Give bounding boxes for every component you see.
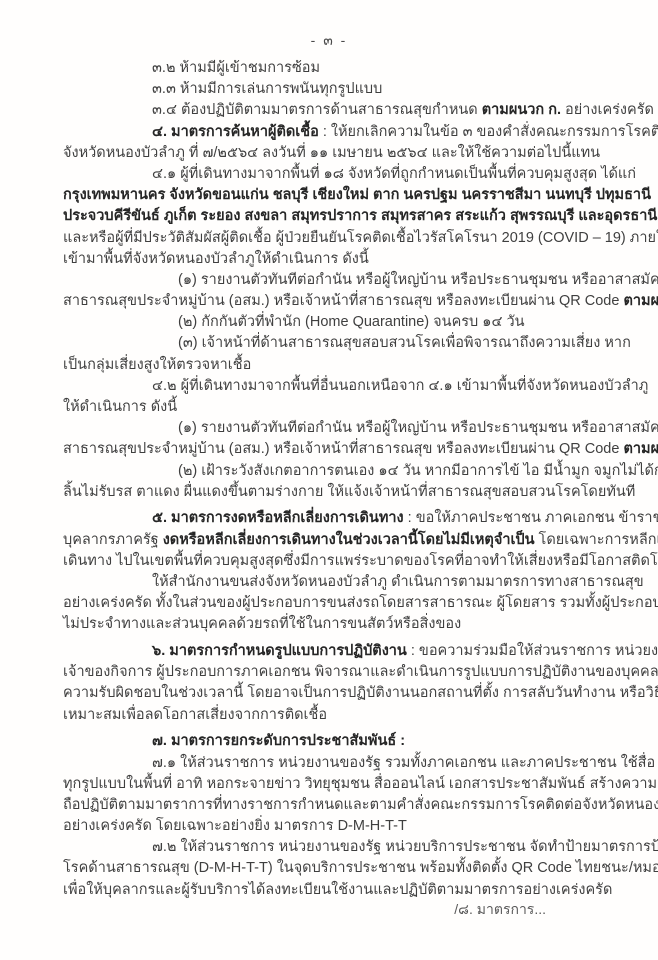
bold-text-segment: ๖. มาตรการกำหนดรูปแบบการปฏิบัติงาน bbox=[152, 643, 407, 659]
text-segment: (๓) เจ้าหน้าที่ด้านสาธารณสุขสอบสวนโรคเพื… bbox=[178, 335, 631, 351]
body-line: เพื่อให้บุคลากรและผู้รับบริการได้ลงทะเบี… bbox=[63, 880, 622, 901]
body-line: และหรือผู้ที่มีประวัติสัมผัสผู้ติดเชื้อ … bbox=[63, 228, 622, 249]
body-line: จังหวัดหนองบัวลำภู ที่ ๗/๒๕๖๔ ลงวันที่ ๑… bbox=[63, 143, 622, 164]
body-line: ประจวบคีรีขันธ์ ภูเก็ต ระยอง สงขลา สมุทร… bbox=[63, 206, 622, 227]
text-segment: ๗.๑ ให้ส่วนราชการ หน่วยงานของรัฐ รวมทั้ง… bbox=[152, 755, 655, 771]
body-line: (๓) เจ้าหน้าที่ด้านสาธารณสุขสอบสวนโรคเพื… bbox=[63, 333, 622, 354]
body-line: ๖. มาตรการกำหนดรูปแบบการปฏิบัติงาน : ขอค… bbox=[63, 641, 622, 662]
text-segment: (๒) กักกันตัวที่พำนัก (Home Quarantine) … bbox=[178, 314, 525, 330]
document-page: - ๓ - ๓.๒ ห้ามมีผู้เข้าชมการซ้อม๓.๓ ห้าม… bbox=[0, 0, 658, 960]
body-line: อย่างเคร่งครัด โดยเฉพาะอย่างยิ่ง มาตรการ… bbox=[63, 816, 622, 837]
document-body: ๓.๒ ห้ามมีผู้เข้าชมการซ้อม๓.๓ ห้ามมีการเ… bbox=[0, 58, 658, 901]
body-line: ให้ดำเนินการ ดังนี้ bbox=[63, 397, 622, 418]
body-line: (๒) เฝ้าระวังสังเกตอาการตนเอง ๑๔ วัน หาก… bbox=[63, 461, 622, 482]
body-line: อย่างเคร่งครัด ทั้งในส่วนของผู้ประกอบการ… bbox=[63, 593, 622, 614]
text-segment: ๓.๒ ห้ามมีผู้เข้าชมการซ้อม bbox=[152, 60, 320, 76]
text-segment: บุคลากรภาครัฐ bbox=[63, 532, 163, 548]
text-segment: (๑) รายงานตัวทันทีต่อกำนัน หรือผู้ใหญ่บ้… bbox=[178, 272, 658, 288]
text-segment: เหมาะสมเพื่อลดโอกาสเสี่ยงจากการติดเชื้อ bbox=[63, 707, 327, 723]
body-line: ๓.๓ ห้ามมีการเล่นการพนันทุกรูปแบบ bbox=[63, 79, 622, 100]
bold-text-segment: ประจวบคีรีขันธ์ ภูเก็ต ระยอง สงขลา สมุทร… bbox=[63, 208, 657, 224]
text-segment: ไม่ประจำทางและส่วนบุคคลด้วยรถที่ใช้ในการ… bbox=[63, 616, 461, 632]
body-line: (๑) รายงานตัวทันทีต่อกำนัน หรือผู้ใหญ่บ้… bbox=[63, 418, 622, 439]
page-number: - ๓ - bbox=[0, 0, 658, 51]
text-segment: สาธารณสุขประจำหมู่บ้าน (อสม.) หรือเจ้าหน… bbox=[63, 293, 623, 309]
body-line: บุคลากรภาครัฐ งดหรือหลีกเลี่ยงการเดินทาง… bbox=[63, 530, 622, 551]
text-segment: : ขอความร่วมมือให้ส่วนราชการ หน่วยงานของ… bbox=[407, 643, 658, 659]
body-line: ๗. มาตรการยกระดับการประชาสัมพันธ์ : bbox=[63, 731, 622, 752]
body-line: ๓.๔ ต้องปฏิบัติตามมาตรการด้านสาธารณสุขกำ… bbox=[63, 100, 622, 121]
text-segment: จังหวัดหนองบัวลำภู ที่ ๗/๒๕๖๔ ลงวันที่ ๑… bbox=[63, 145, 600, 161]
body-line: ให้สำนักงานขนส่งจังหวัดหนองบัวลำภู ดำเนิ… bbox=[63, 572, 622, 593]
text-segment: ๓.๓ ห้ามมีการเล่นการพนันทุกรูปแบบ bbox=[152, 81, 382, 97]
bold-text-segment: ๗. มาตรการยกระดับการประชาสัมพันธ์ : bbox=[152, 733, 405, 749]
text-segment: ถือปฏิบัติตามมาตราการที่ทางราชการกำหนดแล… bbox=[63, 797, 658, 813]
body-line: ๕. มาตรการงดหรือหลีกเลี่ยงการเดินทาง : ข… bbox=[63, 508, 622, 529]
body-line: ความรับผิดชอบในช่วงเวลานี้ โดยอาจเป็นการ… bbox=[63, 683, 622, 704]
text-segment: : ขอให้ภาคประชาชน ภาคเอกชน ข้าราชการ bbox=[404, 510, 658, 526]
body-line: ๔.๑ ผู้ที่เดินทางมาจากพื้นที่ ๑๘ จังหวัด… bbox=[63, 164, 622, 185]
continuation-note: /๘. มาตรการ... bbox=[454, 899, 546, 921]
text-segment: โดยเฉพาะการหลีกเลี่ยงการ bbox=[535, 532, 658, 548]
text-segment: ให้ดำเนินการ ดังนี้ bbox=[63, 399, 177, 415]
body-line: ๓.๒ ห้ามมีผู้เข้าชมการซ้อม bbox=[63, 58, 622, 79]
bold-text-segment: ตามผนวก ก. bbox=[623, 293, 658, 309]
body-line: ๗.๑ ให้ส่วนราชการ หน่วยงานของรัฐ รวมทั้ง… bbox=[63, 753, 622, 774]
body-line: ๗.๒ ให้ส่วนราชการ หน่วยงานของรัฐ หน่วยบร… bbox=[63, 837, 622, 858]
text-segment: ให้สำนักงานขนส่งจังหวัดหนองบัวลำภู ดำเนิ… bbox=[152, 574, 644, 590]
text-segment: เพื่อให้บุคลากรและผู้รับบริการได้ลงทะเบี… bbox=[63, 882, 612, 898]
body-line: โรคด้านสาธารณสุข (D-M-H-T-T) ในจุดบริการ… bbox=[63, 858, 622, 879]
body-line: ถือปฏิบัติตามมาตราการที่ทางราชการกำหนดแล… bbox=[63, 795, 622, 816]
text-segment: : ให้ยกเลิกความในข้อ ๓ ของคำสั่งคณะกรรมก… bbox=[319, 124, 658, 140]
bold-text-segment: ตามผนวก ก. bbox=[482, 102, 561, 118]
body-line: สาธารณสุขประจำหมู่บ้าน (อสม.) หรือเจ้าหน… bbox=[63, 439, 622, 460]
body-line: ลิ้นไม่รับรส ตาแดง ผื่นแดงขึ้นตามร่างกาย… bbox=[63, 482, 622, 503]
text-segment: เป็นกลุ่มเสี่ยงสูงให้ตรวจหาเชื้อ bbox=[63, 357, 251, 373]
text-segment: (๒) เฝ้าระวังสังเกตอาการตนเอง ๑๔ วัน หาก… bbox=[178, 463, 658, 479]
body-line: เจ้าของกิจการ ผู้ประกอบการภาคเอกชน พิจาร… bbox=[63, 662, 622, 683]
text-segment: เข้ามาพื้นที่จังหวัดหนองบัวลำภูให้ดำเนิน… bbox=[63, 251, 369, 267]
text-segment: อย่างเคร่งครัด bbox=[561, 102, 654, 118]
text-segment: และหรือผู้ที่มีประวัติสัมผัสผู้ติดเชื้อ … bbox=[63, 230, 658, 246]
text-segment: ทุกรูปแบบในพื้นที่ อาทิ หอกระจายข่าว วิท… bbox=[63, 776, 658, 792]
text-segment: ๔.๒ ผู้ที่เดินทางมาจากพื้นที่อื่นนอกเหนื… bbox=[152, 378, 648, 394]
text-segment: (๑) รายงานตัวทันทีต่อกำนัน หรือผู้ใหญ่บ้… bbox=[178, 420, 658, 436]
text-segment: ๔.๑ ผู้ที่เดินทางมาจากพื้นที่ ๑๘ จังหวัด… bbox=[152, 166, 636, 182]
bold-text-segment: ๔. มาตรการค้นหาผู้ติดเชื้อ bbox=[152, 124, 319, 140]
body-line: (๑) รายงานตัวทันทีต่อกำนัน หรือผู้ใหญ่บ้… bbox=[63, 270, 622, 291]
text-segment: ๓.๔ ต้องปฏิบัติตามมาตรการด้านสาธารณสุขกำ… bbox=[152, 102, 482, 118]
body-line: เหมาะสมเพื่อลดโอกาสเสี่ยงจากการติดเชื้อ bbox=[63, 705, 622, 726]
text-segment: ๗.๒ ให้ส่วนราชการ หน่วยงานของรัฐ หน่วยบร… bbox=[152, 839, 658, 855]
text-segment: เจ้าของกิจการ ผู้ประกอบการภาคเอกชน พิจาร… bbox=[63, 664, 658, 680]
body-line: (๒) กักกันตัวที่พำนัก (Home Quarantine) … bbox=[63, 312, 622, 333]
body-line: เดินทาง ไปในเขตพื้นที่ควบคุมสูงสุดซึ่งมี… bbox=[63, 551, 622, 572]
body-line: ทุกรูปแบบในพื้นที่ อาทิ หอกระจายข่าว วิท… bbox=[63, 774, 622, 795]
text-segment: สาธารณสุขประจำหมู่บ้าน (อสม.) หรือเจ้าหน… bbox=[63, 441, 623, 457]
body-line: ๔.๒ ผู้ที่เดินทางมาจากพื้นที่อื่นนอกเหนื… bbox=[63, 376, 622, 397]
body-line: ไม่ประจำทางและส่วนบุคคลด้วยรถที่ใช้ในการ… bbox=[63, 614, 622, 635]
text-segment: อย่างเคร่งครัด ทั้งในส่วนของผู้ประกอบการ… bbox=[63, 595, 658, 611]
bold-text-segment: ตามผนวก ก. bbox=[623, 441, 658, 457]
text-segment: ลิ้นไม่รับรส ตาแดง ผื่นแดงขึ้นตามร่างกาย… bbox=[63, 484, 635, 500]
body-line: เป็นกลุ่มเสี่ยงสูงให้ตรวจหาเชื้อ bbox=[63, 355, 622, 376]
text-segment: เดินทาง ไปในเขตพื้นที่ควบคุมสูงสุดซึ่งมี… bbox=[63, 553, 658, 569]
bold-text-segment: กรุงเทพมหานคร จังหวัดขอนแก่น ชลบุรี เชีย… bbox=[63, 187, 651, 203]
text-segment: อย่างเคร่งครัด โดยเฉพาะอย่างยิ่ง มาตรการ… bbox=[63, 818, 407, 834]
text-segment: ความรับผิดชอบในช่วงเวลานี้ โดยอาจเป็นการ… bbox=[63, 685, 658, 701]
body-line: สาธารณสุขประจำหมู่บ้าน (อสม.) หรือเจ้าหน… bbox=[63, 291, 622, 312]
body-line: กรุงเทพมหานคร จังหวัดขอนแก่น ชลบุรี เชีย… bbox=[63, 185, 622, 206]
text-segment: โรคด้านสาธารณสุข (D-M-H-T-T) ในจุดบริการ… bbox=[63, 860, 658, 876]
body-line: เข้ามาพื้นที่จังหวัดหนองบัวลำภูให้ดำเนิน… bbox=[63, 249, 622, 270]
bold-text-segment: ๕. มาตรการงดหรือหลีกเลี่ยงการเดินทาง bbox=[152, 510, 404, 526]
body-line: ๔. มาตรการค้นหาผู้ติดเชื้อ : ให้ยกเลิกคว… bbox=[63, 122, 622, 143]
bold-text-segment: งดหรือหลีกเลี่ยงการเดินทางในช่วงเวลานี้โ… bbox=[163, 532, 535, 548]
